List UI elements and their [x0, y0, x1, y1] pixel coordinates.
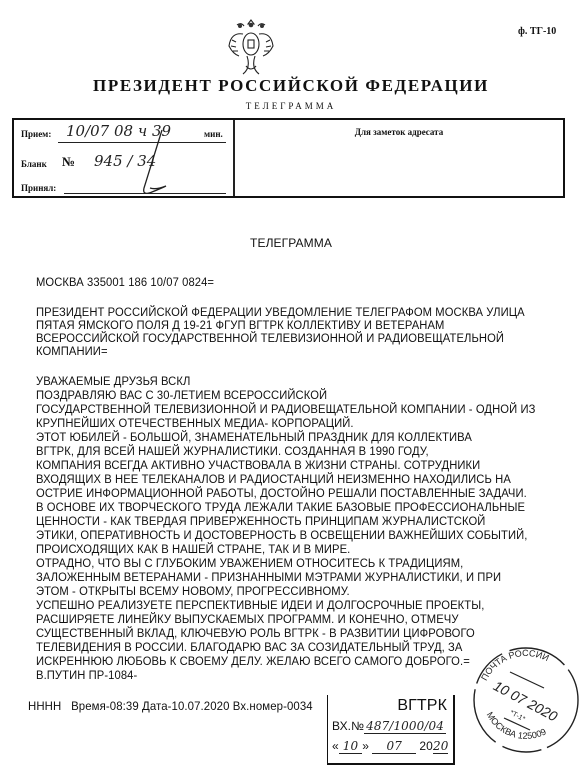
body-line: ЗАЛОЖЕННЫМ ВЕТЕРАНАМИ - ПРИЗНАННЫМИ МЭТР…	[36, 570, 501, 584]
body-line: ЦЕННОСТИ - КАК ТВЕРДАЯ ПРИВЕРЖЕННОСТЬ ПР…	[36, 514, 485, 528]
body-line: КРУПНЕЙШИХ ОТЕЧЕСТВЕННЫХ МЕДИА- КОРПОРАЦ…	[36, 416, 354, 430]
address-line: ПРЕЗИДЕНТ РОССИЙСКОЙ ФЕДЕРАЦИИ УВЕДОМЛЕН…	[36, 305, 525, 319]
stamp-year-suffix: 20	[433, 739, 448, 754]
postmark-top-text: ПОЧТА РОССИИ	[479, 648, 550, 682]
stamp-date: «10» 07 2020	[332, 739, 448, 753]
registration-stamp: ВГТРК ВХ.№487/1000/04 «10» 07 2020	[327, 695, 455, 765]
body-line: ПРОИСХОДЯЩИХ КАК В НАШЕЙ СТРАНЕ, ТАК И В…	[36, 542, 350, 556]
body-line: РАСШИРЯЕТЕ ЛИНЕЙКУ ВЫПУСКАЕМЫХ ПРОГРАММ.…	[36, 612, 459, 626]
address-line: ПЯТАЯ ЯМСКОГО ПОЛЯ Д 19-21 ФГУП ВГТРК КО…	[36, 318, 444, 332]
address-line: КОМПАНИИ=	[36, 344, 108, 358]
body-line: ОТРАДНО, ЧТО ВЫ С ГЛУБОКИМ УВАЖЕНИЕМ ОТН…	[36, 556, 463, 570]
body-line: В ОСНОВЕ ИХ ТВОРЧЕСКОГО ТРУДА ЛЕЖАЛИ ТАК…	[36, 500, 525, 514]
stamp-org: ВГТРК	[397, 697, 447, 715]
routing-line: МОСКВА 335001 186 10/07 0824=	[36, 275, 214, 289]
body-line: СУЩЕСТВЕННЫЙ ВКЛАД, КЛЮЧЕВУЮ РОЛЬ ВГТРК …	[36, 626, 475, 640]
body-line: ВХОДЯЩИХ В НЕЕ ТЕЛЕКАНАЛОВ И РАДИОСТАНЦИ…	[36, 472, 511, 486]
form-code: ф. ТГ-10	[518, 26, 556, 37]
incoming-label: ВХ.№	[332, 719, 364, 733]
stamp-month: 07	[372, 739, 415, 754]
minutes-label: мин.	[204, 129, 223, 139]
body-line: ВГТРК, ДЛЯ ВСЕЙ НАШЕЙ ЖУРНАЛИСТИКИ. СОЗД…	[36, 444, 429, 458]
stamp-incoming: ВХ.№487/1000/04	[332, 719, 446, 733]
body-line: ЭТИКИ, ОПЕРАТИВНОСТЬ И ДОСТОВЕРНОСТЬ В О…	[36, 528, 528, 542]
reception-form-left: Прием: 10/07 08 ч 39 мин. Бланк № 945 / …	[14, 120, 235, 196]
document-title: ПРЕЗИДЕНТ РОССИЙСКОЙ ФЕДЕРАЦИИ	[0, 76, 582, 96]
reception-form: Прием: 10/07 08 ч 39 мин. Бланк № 945 / …	[12, 118, 565, 198]
body-line: ЭТОМ - ОТКРЫТЫ ВСЕМУ НОВОМУ, ПРОГРЕССИВН…	[36, 584, 350, 598]
address-line: ВСЕРОССИЙСКОЙ ГОСУДАРСТВЕННОЙ ТЕЛЕВИЗИОН…	[36, 331, 504, 345]
postmark-stamp-icon: ПОЧТА РОССИИ МОСКВА 125009 10 07 2020 *Т…	[468, 642, 582, 758]
accepted-label: Принял:	[21, 183, 56, 193]
body-line: УСПЕШНО РЕАЛИЗУЕТЕ ПЕРСПЕКТИВНЫЕ ИДЕИ И …	[36, 598, 484, 612]
addressee-notes-label: Для заметок адресата	[235, 127, 563, 137]
addressee-notes-area: Для заметок адресата	[235, 120, 563, 196]
svg-text:ПОЧТА РОССИИ: ПОЧТА РОССИИ	[479, 648, 550, 682]
body-line: ГОСУДАРСТВЕННОЙ ТЕЛЕВИЗИОННОЙ И РАДИОВЕЩ…	[36, 402, 535, 416]
transmission-footer: НННН Время-08:39 Дата-10.07.2020 Вх.номе…	[28, 699, 313, 713]
incoming-number: 487/1000/04	[364, 719, 446, 734]
body-line: ПОЗДРАВЛЯЮ ВАС С 30-ЛЕТИЕМ ВСЕРОССИЙСКОЙ	[36, 388, 327, 402]
stamp-year-prefix: 20	[419, 739, 433, 753]
body-line: ЭТОТ ЮБИЛЕЙ - БОЛЬШОЙ, ЗНАМЕНАТЕЛЬНЫЙ ПР…	[36, 430, 472, 444]
body-line: ОСТРИЕ ИНФОРМАЦИОННОЙ РАБОТЫ, ДОСТОЙНО Р…	[36, 486, 527, 500]
blank-label: Бланк	[21, 159, 47, 169]
telegram-title: ТЕЛЕГРАММА	[0, 236, 582, 250]
stamp-day: 10	[339, 739, 362, 754]
double-headed-eagle-emblem-icon	[226, 16, 276, 78]
received-label: Прием:	[21, 129, 51, 139]
body-line: ТЕЛЕВИДЕНИЯ В РОССИИ. БЛАГОДАРЮ ВАС ЗА С…	[36, 640, 462, 654]
signature-line: В.ПУТИН ПР-1084-	[36, 668, 137, 682]
body-line: УВАЖАЕМЫЕ ДРУЗЬЯ ВСКЛ	[36, 374, 190, 388]
document-subtitle: ТЕЛЕГРАММА	[0, 101, 582, 111]
number-sign: №	[62, 154, 75, 170]
signature-mark	[132, 128, 172, 198]
body-line: ИСКРЕННЮЮ ЛЮБОВЬ К СВОЕМУ ДЕЛУ. ЖЕЛАЮ ВС…	[36, 654, 470, 668]
body-line: КОМПАНИЯ ВСЕГДА АКТИВНО УЧАСТВОВАЛА В ЖИ…	[36, 458, 480, 472]
